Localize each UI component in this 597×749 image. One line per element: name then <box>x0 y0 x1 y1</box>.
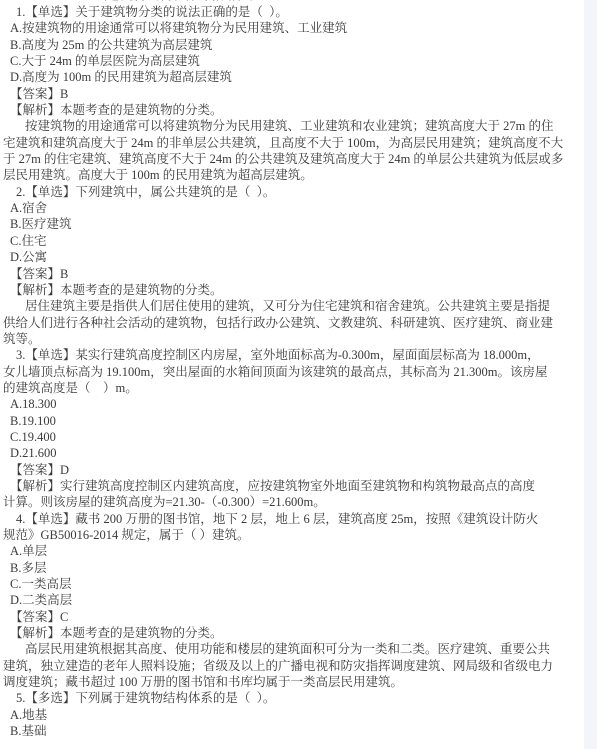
question-1-answer: 【答案】B <box>0 86 584 102</box>
question-5-option-a: A.地基 <box>0 707 584 723</box>
question-5-stem: 5.【多选】下列属于建筑物结构体系的是（ ）。 <box>0 690 584 706</box>
question-1-explanation: 层民用建筑。高度大于 100m 的民用建筑为超高层建筑。 <box>0 167 584 183</box>
question-2-explanation: 筑等。 <box>0 331 584 347</box>
question-3-stem: 女儿墙顶点标高为 19.100m，突出屋面的水箱间顶面为该建筑的最高点，其标高为… <box>0 364 584 380</box>
question-4-option-c: C.一类高层 <box>0 576 584 592</box>
question-3-explanation: 计算。则该房屋的建筑高度为=21.30-（-0.300）=21.600m。 <box>0 494 584 510</box>
question-3-option-b: B.19.100 <box>0 413 584 429</box>
question-2-option-c: C.住宅 <box>0 233 584 249</box>
question-3-option-d: D.21.600 <box>0 445 584 461</box>
question-4-answer: 【答案】C <box>0 609 584 625</box>
question-1-explanation: 宅建筑和建筑高度大于 24m 的非单层公共建筑，且高度不大于 100m，为高层民… <box>0 135 584 151</box>
question-1-option-b: B.高度为 25m 的公共建筑为高层建筑 <box>0 37 584 53</box>
question-2-explanation: 供给人们进行各种社会活动的建筑物，包括行政办公建筑、文教建筑、科研建筑、医疗建筑… <box>0 315 584 331</box>
question-2-explanation: 居住建筑主要是指供人们居住使用的建筑，又可分为住宅建筑和宿舍建筑。公共建筑主要是… <box>0 298 584 314</box>
viewer-right-margin <box>584 0 597 749</box>
question-2-analysis: 【解析】本题考查的是建筑物的分类。 <box>0 282 584 298</box>
question-3-explanation: 【解析】实行建筑高度控制区内建筑高度，应按建筑物室外地面至建筑物和构筑物最高点的… <box>0 478 584 494</box>
question-2-option-d: D.公寓 <box>0 249 584 265</box>
question-3-option-c: C.19.400 <box>0 429 584 445</box>
question-1-option-a: A.按建筑物的用途通常可以将建筑物分为民用建筑、工业建筑 <box>0 20 584 36</box>
question-4-stem: 规范》GB50016-2014 规定，属于（ ）建筑。 <box>0 527 584 543</box>
question-4-analysis: 【解析】本题考查的是建筑物的分类。 <box>0 625 584 641</box>
question-1-option-c: C.大于 24m 的单层医院为高层建筑 <box>0 53 584 69</box>
question-2-option-b: B.医疗建筑 <box>0 216 584 232</box>
question-3-stem: 3.【单选】某实行建筑高度控制区内房屋，室外地面标高为-0.300m，屋面面层标… <box>0 347 584 363</box>
question-4-option-b: B.多层 <box>0 560 584 576</box>
question-1-explanation: 按建筑物的用途通常可以将建筑物分为民用建筑、工业建筑和农业建筑；建筑高度大于 2… <box>0 118 584 134</box>
document-content: 建筑物的分类和构成体系 1.【单选】关于建筑物分类的说法正确的是（ ）。 A.按… <box>0 0 584 739</box>
question-4-explanation: 高层民用建筑根据其高度、使用功能和楼层的建筑面积可分为一类和二类。医疗建筑、重要… <box>0 641 584 657</box>
question-3-option-a: A.18.300 <box>0 396 584 412</box>
question-1-explanation: 于 27m 的住宅建筑、建筑高度不大于 24m 的公共建筑及建筑高度大于 24m… <box>0 151 584 167</box>
document-page: 建筑物的分类和构成体系 1.【单选】关于建筑物分类的说法正确的是（ ）。 A.按… <box>0 0 597 749</box>
question-4-explanation: 调度建筑；藏书超过 100 万册的图书馆和书库均属于一类高层民用建筑。 <box>0 674 584 690</box>
question-2-option-a: A.宿舍 <box>0 200 584 216</box>
question-4-option-a: A.单层 <box>0 543 584 559</box>
question-4-stem: 4.【单选】藏书 200 万册的图书馆，地下 2 层，地上 6 层，建筑高度 2… <box>0 511 584 527</box>
question-2-stem: 2.【单选】下列建筑中，属公共建筑的是（ ）。 <box>0 184 584 200</box>
question-3-stem: 的建筑高度是（ ）m。 <box>0 380 584 396</box>
question-4-option-d: D.二类高层 <box>0 592 584 608</box>
question-5-option-b: B.基础 <box>0 723 584 739</box>
question-1-option-d: D.高度为 100m 的民用建筑为超高层建筑 <box>0 69 584 85</box>
question-2-answer: 【答案】B <box>0 266 584 282</box>
question-4-explanation: 建筑，独立建造的老年人照料设施；省级及以上的广播电视和防灾指挥调度建筑、网局级和… <box>0 658 584 674</box>
question-3-answer: 【答案】D <box>0 462 584 478</box>
question-1-stem: 1.【单选】关于建筑物分类的说法正确的是（ ）。 <box>0 4 584 20</box>
question-1-analysis: 【解析】本题考查的是建筑物的分类。 <box>0 102 584 118</box>
